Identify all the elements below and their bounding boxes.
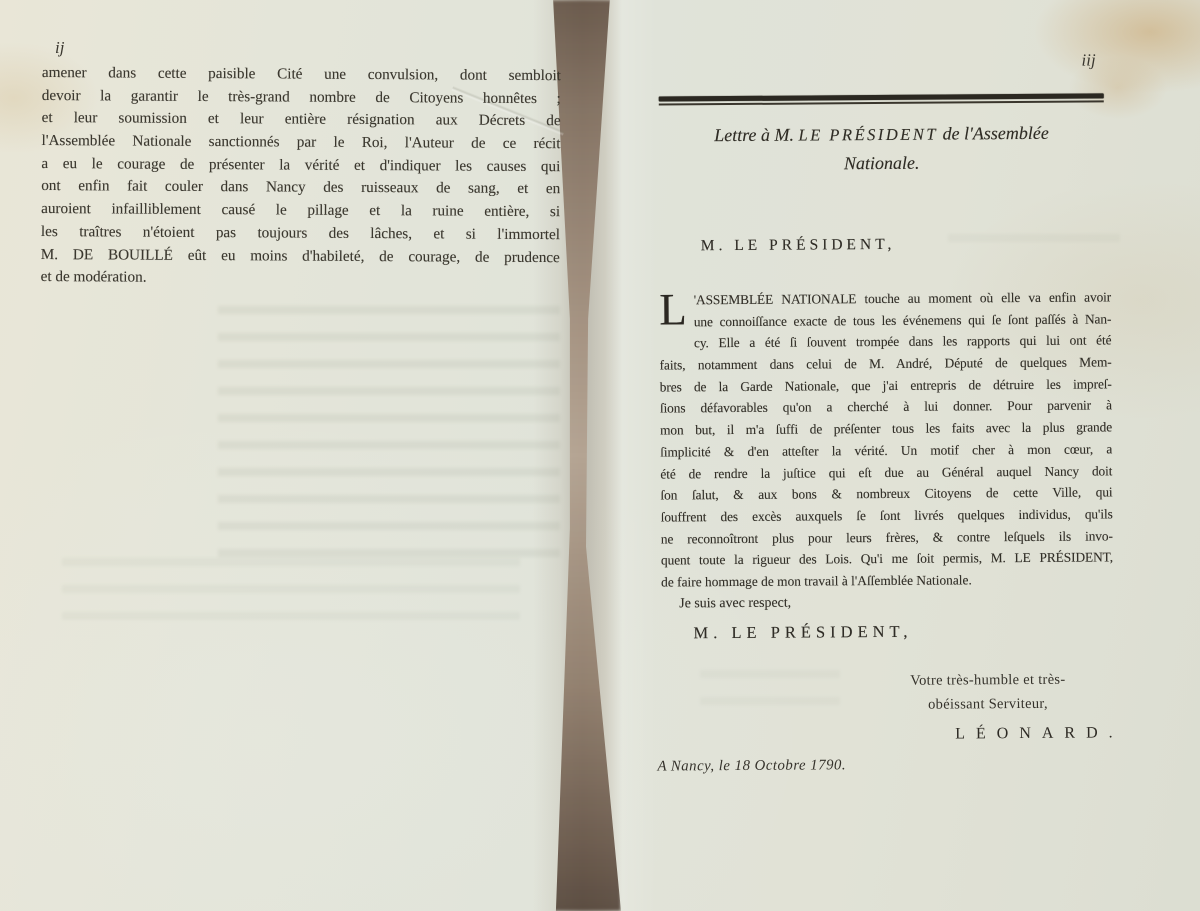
title-text: de l'Assemblée bbox=[938, 123, 1049, 144]
section-double-rule bbox=[659, 93, 1104, 105]
salutation: M. LE PRÉSIDENT, bbox=[701, 236, 896, 255]
text-line: mon but, il m'a ſuffi de préſenter tous … bbox=[660, 417, 1112, 442]
text-line: quent toute la rigueur des Lois. Qu'i me… bbox=[661, 547, 1113, 572]
valediction-line2: obéissant Serviteur, bbox=[880, 691, 1096, 717]
letter-title: Lettre à M. LE PRÉSIDENT de l'Assemblée … bbox=[658, 118, 1105, 178]
letter-body-last-line: de faire hommage de mon travail à l'Aſſe… bbox=[661, 568, 1113, 593]
text-line: faits, notamment dans celui de M. André,… bbox=[660, 351, 1112, 376]
drop-cap: L bbox=[659, 291, 687, 333]
letter-title-line1: Lettre à M. LE PRÉSIDENT de l'Assemblée bbox=[658, 118, 1105, 150]
text-line: une connoiſſance exacte de tous les évén… bbox=[694, 308, 1112, 333]
letter-title-line2: Nationale. bbox=[658, 147, 1105, 178]
valediction: Votre très-humble et très- obéissant Ser… bbox=[880, 667, 1096, 717]
text-line: ſouffrent des excès auxquels ſe ſont liv… bbox=[661, 503, 1113, 528]
closing-line: Je suis avec respect, bbox=[661, 590, 1113, 615]
dateline: A Nancy, le 18 Octobre 1790. bbox=[657, 757, 846, 775]
text-line: cy. Elle a été ſi ſouvent trompée dans l… bbox=[694, 330, 1112, 355]
text-line: ne reconnoîtront plus pour leurs frères,… bbox=[661, 525, 1113, 550]
text-line: bres de la Garde Nationale, que j'ai ent… bbox=[660, 373, 1112, 398]
text-line: ſon ſalut, & aux bons & nombreux Citoyen… bbox=[660, 482, 1112, 507]
signature-name: LÉONARD. bbox=[955, 724, 1124, 743]
valediction-line1: Votre très-humble et très- bbox=[880, 667, 1096, 693]
title-text: Lettre à M. bbox=[714, 125, 798, 146]
text-line: 'ASSEMBLÉE NATIONALE touche au moment où… bbox=[694, 286, 1112, 311]
signature-salutation: M. LE PRÉSIDENT, bbox=[693, 622, 912, 644]
letter-body: L 'ASSEMBLÉE NATIONALE touche au moment … bbox=[659, 286, 1113, 615]
letter-body-lines: 'ASSEMBLÉE NATIONALE touche au moment où… bbox=[659, 286, 1113, 571]
text-line: ſions défavorables qu'on a cherché à lui… bbox=[660, 395, 1112, 420]
right-page: iij Lettre à M. LE PRÉSIDENT de l'Assemb… bbox=[0, 0, 1200, 911]
rule-thin-line bbox=[659, 100, 1104, 105]
text-line: été de rendre la juſtice qui eſt due au … bbox=[660, 460, 1112, 485]
text-line: ſimplicité & d'en atteſter la vérité. Un… bbox=[660, 438, 1112, 463]
right-page-number: iij bbox=[1081, 50, 1095, 70]
title-caps: LE PRÉSIDENT bbox=[798, 125, 938, 145]
open-book-photo: ij amener dans cette paisible Cité une c… bbox=[0, 0, 1200, 911]
